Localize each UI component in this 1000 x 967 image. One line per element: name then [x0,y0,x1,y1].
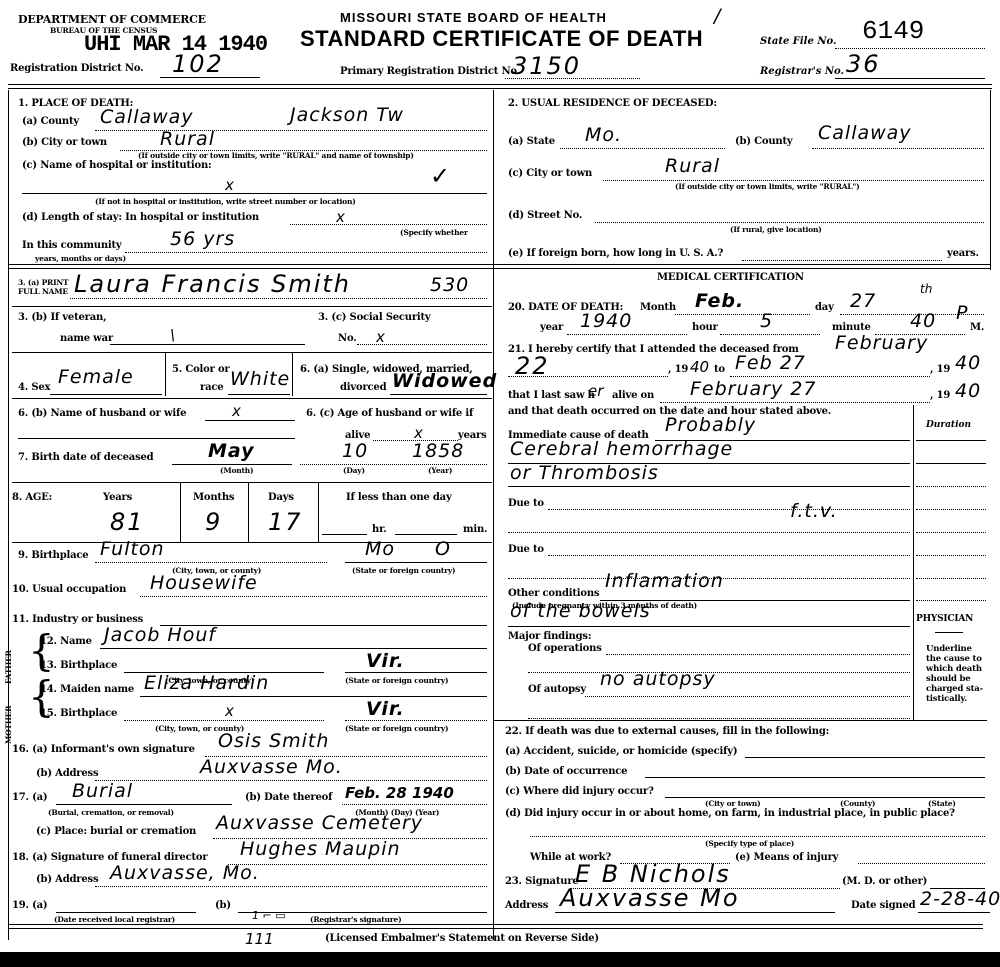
burial-caption: (Burial, cremation, or removal) [48,808,174,817]
min-label: min. [463,524,487,535]
spouse-value[interactable]: x [232,402,241,420]
community-value[interactable]: 56 yrs [170,228,235,250]
day-caption: (Day) [343,466,365,475]
embalmer-note: (Licensed Embalmer's Statement on Revers… [325,933,599,944]
burial-label: 17. (a) [12,792,47,803]
death-hour-value[interactable]: 5 [760,310,773,332]
burial-value[interactable]: Burial [72,780,133,802]
to-nineteen: , 19 [930,364,950,375]
death-year-value[interactable]: 1940 [580,310,632,332]
father-side-label: FATHER [4,650,13,684]
birthplace-city-value[interactable]: Fulton [100,538,165,560]
injury-place-label: (d) Did injury occur in or about home, o… [505,808,955,819]
day-label: day [815,302,834,313]
other-conditions-2[interactable]: of the bowels [510,600,651,622]
hospital-note: (If not in hospital or institution, writ… [95,197,356,206]
father-name-label: 12. Name [40,636,92,647]
veteran-label: 3. (b) If veteran, [18,312,106,323]
last-saw-label: that I last saw h [508,390,595,401]
burial-place-label: (c) Place: burial or cremation [36,826,196,837]
mother-birthplace-city[interactable]: x [225,702,234,720]
name-suffix: 530 [430,274,469,296]
means-label: (e) Means of injury [735,852,838,863]
underline-note-line: should be [926,674,983,684]
attended-from-year[interactable]: 40 [690,358,709,376]
date-signed-label: Date signed [851,900,915,911]
res-city-value[interactable]: Rural [665,155,720,177]
dept-commerce: DEPARTMENT OF COMMERCE [18,13,206,26]
father-birthplace-label: 13. Birthplace [40,660,117,671]
age-days-label: Days [268,492,294,503]
medical-heading: MEDICAL CERTIFICATION [657,272,804,283]
primary-reg-value[interactable]: 3150 [512,52,581,80]
birth-day-value[interactable]: 10 [342,440,368,462]
ss-no-label: No. [338,333,357,344]
age-years-value[interactable]: 81 [110,508,145,536]
reg-district-label: Registration District No. [10,63,143,74]
primary-reg-label: Primary Registration District No. [340,66,520,77]
last-saw-nineteen: , 19 [930,390,950,401]
due-to-label-1: Due to [508,498,544,509]
form-title: STANDARD CERTIFICATE OF DEATH [300,26,703,52]
birth-month-value[interactable]: May [208,440,255,462]
registrar-label: Registrar's No. [760,66,844,77]
attended-from-month[interactable]: February [835,332,928,354]
registrar-date-caption: (Date received local registrar) [54,915,175,924]
death-month-value[interactable]: Feb. [695,290,744,312]
mother-side-label: MOTHER [4,706,13,744]
m-label: M. [970,322,984,333]
color-label: 5. Color or [172,364,230,375]
due-to-label-2: Due to [508,544,544,555]
year-label: year [540,322,563,333]
check-mark: / [714,5,721,27]
major-findings-label: Major findings: [508,631,591,642]
registrar-sig-label: (b) [215,900,231,911]
community-label: In this community [22,240,122,251]
state-board: MISSOURI STATE BOARD OF HEALTH [340,10,607,25]
physician-label: PHYSICIAN [916,614,973,624]
accident-label: (a) Accident, suicide, or homicide (spec… [505,746,737,757]
registrar-date-label: 19. (a) [12,900,47,911]
sex-label: 4. Sex [18,382,50,393]
autopsy-label: Of autopsy [528,684,586,695]
birth-year-value[interactable]: 1858 [412,440,464,462]
birth-label: 7. Birth date of deceased [18,452,153,463]
last-saw-year[interactable]: 40 [955,380,981,402]
immediate-cause-2[interactable]: Cerebral hemorrhage [510,438,733,460]
hour-label: hour [692,322,718,333]
foreign-label: (e) If foreign born, how long in U. S. A… [508,248,723,259]
underline-note-line: charged sta- [926,684,983,694]
age-months-value[interactable]: 9 [205,508,222,536]
race-label: race [200,382,223,393]
mother-birthplace-label: 15. Birthplace [40,708,117,719]
place-type-caption: (Specify type of place) [705,839,794,848]
father-birthplace-state[interactable]: Vir. [366,650,405,672]
occupation-value[interactable]: Housewife [150,572,258,594]
war-value[interactable]: \ [170,326,175,344]
age-months-label: Months [193,492,234,503]
bp-state-caption: (State or foreign country) [352,566,455,575]
specify-note: (Specify whether [400,228,468,237]
other-conditions-label: Other conditions [508,588,599,599]
attended-from-day[interactable]: 22 [515,352,550,380]
hospital-check: ✓ [430,162,452,190]
md-label: (M. D. or other) [842,876,927,887]
res-state-label: (a) State [508,136,555,147]
injury-county-caption: (County) [840,799,875,808]
registrar-sig-scrawl: 1 ⌐ ▭ [252,909,286,922]
hr-label: hr. [372,524,387,535]
sex-value[interactable]: Female [58,366,134,388]
marital-value[interactable]: Widowed [392,370,497,392]
name-label-a: 3. (a) PRINT [18,278,68,287]
physician-address-value[interactable]: Auxvasse Mo [560,884,740,912]
hospital-value[interactable]: x [225,176,234,194]
death-ampm[interactable]: P [956,302,968,324]
street-label: (d) Street No. [508,210,582,221]
occupation-label: 10. Usual occupation [12,584,126,595]
mother-state-caption: (State or foreign country) [345,724,448,733]
duration-label: Duration [926,420,971,430]
alive-on-label: alive on [612,390,654,401]
stay-value[interactable]: x [336,208,345,226]
birthplace-state-value[interactable]: Mo [365,538,395,560]
year-caption: (Year) [428,466,452,475]
death-day-suffix: th [920,282,932,296]
informant-address-value[interactable]: Auxvasse Mo. [200,756,343,778]
mother-name-label: 14. Maiden name [40,684,134,695]
registrar-value[interactable]: 36 [846,50,881,78]
death-county-value[interactable]: Callaway [100,106,194,128]
death-city-value[interactable]: Rural [160,128,215,150]
mother-birthplace-state[interactable]: Vir. [366,698,405,720]
township-value[interactable]: Jackson Tw [290,104,404,126]
res-city-label: (c) City or town [508,168,592,179]
date-signed-value[interactable]: 2-28-40 [920,888,1000,910]
spouse-label: 6. (b) Name of husband or wife [18,408,186,419]
last-saw-value[interactable]: February 27 [690,378,816,400]
attended-to-year[interactable]: 40 [955,352,981,374]
age-days-value[interactable]: 17 [268,508,303,536]
ss-label: 3. (c) Social Security [318,312,431,323]
age-less-label: If less than one day [346,492,452,503]
father-state-caption: (State or foreign country) [345,676,448,685]
attended-to-value[interactable]: Feb 27 [735,352,806,374]
foreign-suffix: years. [947,248,979,259]
stamp-prefix: UHI [84,32,121,57]
age-years-label: Years [103,492,132,503]
immediate-cause-1[interactable]: Probably [665,414,756,436]
registrar-sig-caption: (Registrar's signature) [310,915,401,924]
from-nineteen: , 19 [668,364,688,375]
res-state-value[interactable]: Mo. [585,124,622,146]
underline-note-line: the cause to [926,654,983,664]
informant-label: 16. (a) Informant's own signature [12,744,195,755]
residence-heading: 2. USUAL RESIDENCE OF DECEASED: [508,98,717,109]
county-label: (a) County [22,116,79,127]
informant-value[interactable]: Osis Smith [218,730,329,752]
death-minute-value[interactable]: 40 [910,310,936,332]
other-conditions-1[interactable]: Inflamation [605,570,724,592]
physician-address-label: Address [505,900,548,911]
underline-note-line: which death [926,664,983,674]
community-note: years, months or days) [35,254,126,263]
burial-date-label: (b) Date thereof [245,792,332,803]
reg-district-value[interactable]: 102 [172,50,224,78]
name-label-b: FULL NAME [18,287,68,296]
birthplace-label: 9. Birthplace [18,550,88,561]
to-label: to [714,364,725,375]
state-file-label: State File No. [760,36,836,47]
stay-label: (d) Length of stay: In hospital or insti… [22,212,259,223]
occurrence-date-label: (b) Date of occurrence [505,766,627,777]
due-to-mark: f.t.v. [790,500,838,522]
underline-note: Underline the cause to which death shoul… [926,644,983,704]
injury-city-caption: (City or town) [705,799,761,808]
spouse-age-label: 6. (c) Age of husband or wife if [306,408,473,419]
city-note: (If outside city or town limits, write "… [138,151,414,160]
autopsy-value[interactable]: no autopsy [600,668,716,690]
director-address-value[interactable]: Auxvasse, Mo. [110,862,260,884]
her-value[interactable]: er [588,382,603,400]
res-county-label: (b) County [735,136,793,147]
res-county-value[interactable]: Callaway [818,122,912,144]
director-value[interactable]: Hughes Maupin [240,838,401,860]
birthplace-extra: O [435,538,451,560]
age-label: 8. AGE: [12,492,52,503]
director-address-label: (b) Address [36,874,98,885]
informant-address-label: (b) Address [36,768,98,779]
burial-place-value[interactable]: Auxvasse Cemetery [216,812,423,834]
father-name-value[interactable]: Jacob Houf [104,624,216,646]
underline-note-line: tistically. [926,694,983,704]
state-file-number[interactable]: 6149 [862,16,924,46]
injury-state-caption: (State) [928,799,956,808]
footer-scrawl: 111 [245,930,274,948]
ss-value[interactable]: x [376,328,385,346]
death-day-value[interactable]: 27 [850,290,876,312]
race-value[interactable]: White [230,368,290,390]
operations-label: Of operations [528,643,602,654]
injury-where-label: (c) Where did injury occur? [505,786,654,797]
divorced-label: divorced [340,382,386,393]
mother-name-value[interactable]: Eliza Hardin [144,672,269,694]
war-label: name war [60,333,113,344]
city-label: (b) City or town [22,137,107,148]
scan-border [0,952,1000,967]
month-caption: (Month) [220,466,253,475]
immediate-cause-3[interactable]: or Thrombosis [510,462,659,484]
street-note: (If rural, give location) [730,225,822,234]
external-heading: 22. If death was due to external causes,… [505,726,829,737]
month-label: Month [640,302,676,313]
burial-date-value[interactable]: Feb. 28 1940 [345,784,454,802]
underline-note-line: Underline [926,644,983,654]
res-city-note: (If outside city or town limits, write "… [675,182,859,191]
hospital-label: (c) Name of hospital or institution: [22,160,212,171]
full-name-value[interactable]: Laura Francis Smith [74,270,351,298]
